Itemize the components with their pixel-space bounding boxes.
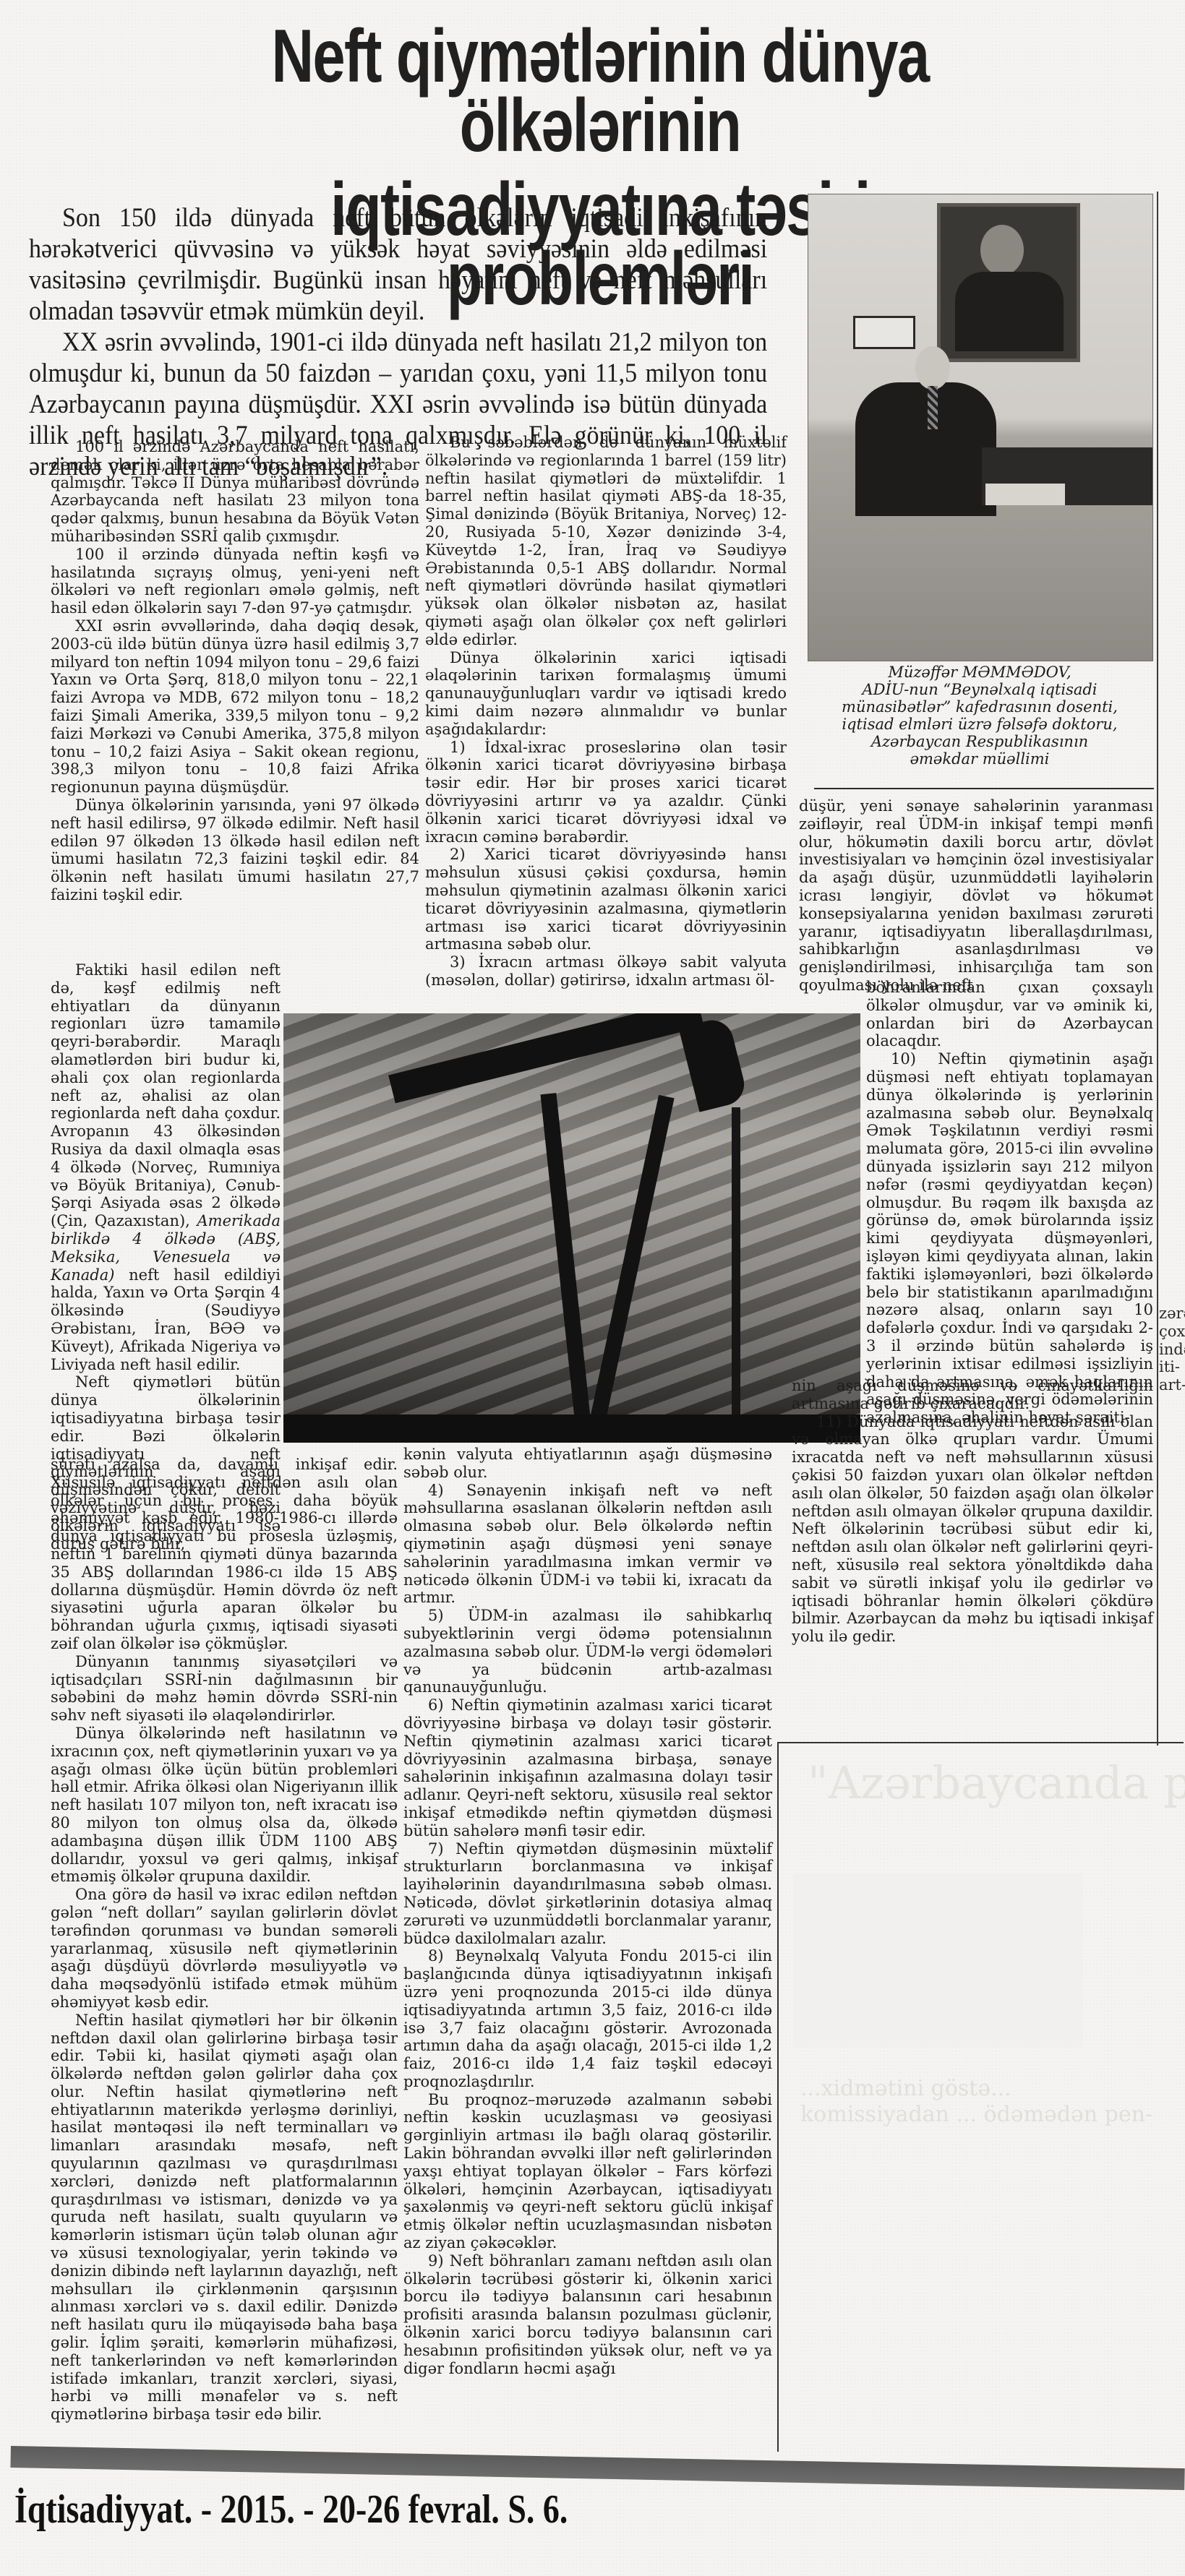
paragraph: Neftin hasilat qiymətləri hər bir ölkəni…: [51, 2012, 398, 2423]
column-3-lower: nin aşağı düşməsinə və cinayətkarlığın a…: [792, 1377, 1153, 1646]
lead-paragraph: Son 150 ildə dünyada neft bütün ölkələri…: [29, 202, 767, 327]
column-3-top: düşür, yeni sənaye sahələrinin yaranması…: [799, 797, 1153, 995]
paragraph: sürəti azalsa da, davamlı inkişaf edir. …: [51, 1456, 398, 1653]
column-2-lower: kənin valyuta ehtiyatlarının aşağı düşmə…: [403, 1446, 772, 2377]
framed-certificate: [853, 316, 915, 349]
paragraph: 100 il ərzində dünyada neftin kəşfi və h…: [51, 546, 419, 617]
paragraph: düşür, yeni sənaye sahələrinin yaranması…: [799, 797, 1153, 995]
author-name: Müzəffər MƏMMƏDOV,: [808, 664, 1152, 681]
paragraph: 11) Dünyada iqtisadiyyatı neftdən asılı …: [792, 1413, 1153, 1646]
paragraph: 100 il ərzində Azərbaycanda neft hasilat…: [51, 438, 419, 546]
paragraph: 8) Beynəlxalq Valyuta Fondu 2015-ci ilin…: [403, 1947, 772, 2090]
bottom-rule: [10, 2446, 1184, 2490]
paragraph: kənin valyuta ehtiyatlarının aşağı düşmə…: [403, 1446, 772, 1482]
adjacent-article-photo: [793, 1873, 1082, 2047]
adjacent-article-edge: zərə çox- ində iti- art-: [1159, 1305, 1185, 1394]
adjacent-article-text: ...xidmətini göstə... komissiyadan ... ö…: [800, 2076, 1162, 2128]
adjacent-article-title: "Azərbaycanda pen... baş...məs...": [808, 1758, 1185, 1808]
column-1-lower: sürəti azalsa da, davamlı inkişaf edir. …: [51, 1456, 398, 2423]
paragraph: nin aşağı düşməsinə və cinayətkarlığın a…: [792, 1377, 1153, 1413]
paragraph: 6) Neftin qiymətinin azalması xarici tic…: [403, 1696, 772, 1839]
paragraph: 2) Xarici ticarət dövriyyəsində hansı mə…: [425, 846, 787, 953]
oil-pumpjack-photo: [283, 1013, 860, 1443]
paragraph: 7) Neftin qiymətdən düşməsinin müxtəlif …: [403, 1840, 772, 1948]
paragraph: XXI əsrin əvvəllərində, daha dəqiq desək…: [51, 617, 419, 797]
author-figure: [855, 382, 996, 516]
caption-divider: [814, 788, 1154, 789]
paragraph: 9) Neft böhranları zamanı neftdən asılı …: [403, 2252, 772, 2378]
column-1-upper: 100 il ərzində Azərbaycanda neft hasilat…: [51, 438, 419, 904]
column-2-upper: Bu səbəblərdən də dünyanın müxtəlif ölkə…: [425, 434, 787, 989]
paragraph: 3) İxracın artması ölkəyə sabit valyuta …: [425, 953, 787, 989]
column-3-wrap: böhranlarından çıxan çoxsaylı ölkələr ol…: [866, 979, 1153, 1427]
paragraph: Ona görə də hasil və ixrac edilən neftdə…: [51, 1886, 398, 2012]
source-citation: İqtisadiyyat. - 2015. - 20-26 fevral. S.…: [14, 2486, 568, 2533]
paragraph: Bu səbəblərdən də dünyanın müxtəlif ölkə…: [425, 434, 787, 649]
paragraph: Bu proqnoz–məruzədə azalmanın səbəbi nef…: [403, 2091, 772, 2252]
author-photo: [808, 194, 1153, 661]
paragraph: Dünya ölkələrində neft hasilatının və ix…: [51, 1725, 398, 1886]
paragraph: 1) İdxal-ixrac proseslərinə olan təsir ö…: [425, 739, 787, 846]
column-divider: [1157, 192, 1158, 1746]
paragraph: 5) ÜDM-in azalması ilə sahibkarlıq subye…: [403, 1607, 772, 1696]
paragraph: Dünya ölkələrinin xarici iqtisadi əlaqəl…: [425, 649, 787, 739]
paragraph: Dünya ölkələrinin yarısında, yəni 97 ölk…: [51, 797, 419, 904]
photo-caption: Müzəffər MƏMMƏDOV, ADİU-nun “Beynəlxalq …: [808, 664, 1152, 768]
paragraph: Dünyanın tanınmış siyasətçiləri və iqtis…: [51, 1653, 398, 1725]
wall-portrait: [937, 203, 1080, 362]
paragraph: 10) Neftin qiymətinin aşağı düşməsi neft…: [866, 1050, 1153, 1427]
paragraph: böhranlarından çıxan çoxsaylı ölkələr ol…: [866, 979, 1153, 1050]
headline-line-1: Neft qiymətlərinin dünya ölkələrinin: [194, 22, 1006, 160]
paragraph: 4) Sənayenin inkişafı neft və neft məhsu…: [403, 1482, 772, 1607]
adjacent-article-box: "Azərbaycanda pen... baş...məs..." ...xi…: [777, 1742, 1184, 2452]
